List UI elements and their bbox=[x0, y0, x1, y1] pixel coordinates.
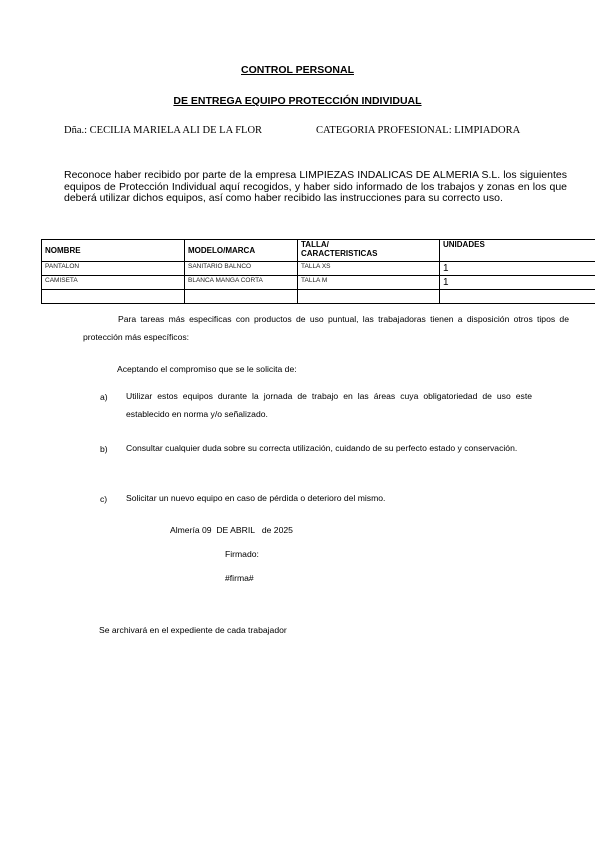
commitment-c-label: c) bbox=[100, 494, 107, 504]
professional-category: CATEGORIA PROFESIONAL: LIMPIADORA bbox=[316, 125, 520, 136]
cell-talla bbox=[298, 290, 440, 304]
commitment-intro: Aceptando el compromiso que se le solici… bbox=[117, 360, 297, 378]
header-unidades: UNIDADES bbox=[440, 240, 595, 262]
cell-modelo: SANITARIO BALNCO bbox=[185, 262, 298, 276]
header-talla-line2: CARACTERISTICAS bbox=[301, 249, 436, 258]
document-subtitle: DE ENTREGA EQUIPO PROTECCIÓN INDIVIDUAL bbox=[0, 95, 595, 107]
commitment-a-text: Utilizar estos equipos durante la jornad… bbox=[126, 387, 532, 423]
table-header-row: NOMBRE MODELO/MARCA TALLA/ CARACTERISTIC… bbox=[42, 240, 595, 262]
commitment-a-label: a) bbox=[100, 392, 108, 402]
header-nombre: NOMBRE bbox=[42, 240, 185, 262]
ppe-table: NOMBRE MODELO/MARCA TALLA/ CARACTERISTIC… bbox=[41, 239, 595, 304]
cell-talla: TALLA XS bbox=[298, 262, 440, 276]
signature-placeholder: #firma# bbox=[225, 569, 254, 587]
archive-note: Se archivará en el expediente de cada tr… bbox=[99, 621, 287, 639]
document-title: CONTROL PERSONAL bbox=[0, 64, 595, 76]
commitment-b-label: b) bbox=[100, 444, 108, 454]
commitment-b-text: Consultar cualquier duda sobre su correc… bbox=[126, 439, 532, 457]
cell-unidades: 1 bbox=[440, 276, 595, 290]
table-row: CAMISETA BLANCA MANGA CORTA TALLA M 1 bbox=[42, 276, 595, 290]
specific-tasks-paragraph: Para tareas más especificas con producto… bbox=[83, 310, 569, 346]
header-talla-line1: TALLA/ bbox=[301, 240, 436, 249]
cell-nombre: PANTALON bbox=[42, 262, 185, 276]
cell-talla: TALLA M bbox=[298, 276, 440, 290]
acknowledgement-paragraph: Reconoce haber recibido por parte de la … bbox=[64, 170, 567, 205]
table-row: PANTALON SANITARIO BALNCO TALLA XS 1 bbox=[42, 262, 595, 276]
header-talla: TALLA/ CARACTERISTICAS bbox=[298, 240, 440, 262]
cell-modelo: BLANCA MANGA CORTA bbox=[185, 276, 298, 290]
signed-label: Firmado: bbox=[225, 545, 259, 563]
cell-unidades bbox=[440, 290, 595, 304]
date-line: Almería 09 DE ABRIL de 2025 bbox=[170, 521, 293, 539]
cell-nombre bbox=[42, 290, 185, 304]
cell-unidades: 1 bbox=[440, 262, 595, 276]
header-modelo-marca: MODELO/MARCA bbox=[185, 240, 298, 262]
commitment-c-text: Solicitar un nuevo equipo en caso de pér… bbox=[126, 489, 532, 507]
table-row bbox=[42, 290, 595, 304]
cell-modelo bbox=[185, 290, 298, 304]
cell-nombre: CAMISETA bbox=[42, 276, 185, 290]
employee-name: Dña.: CECILIA MARIELA ALI DE LA FLOR bbox=[64, 125, 262, 136]
